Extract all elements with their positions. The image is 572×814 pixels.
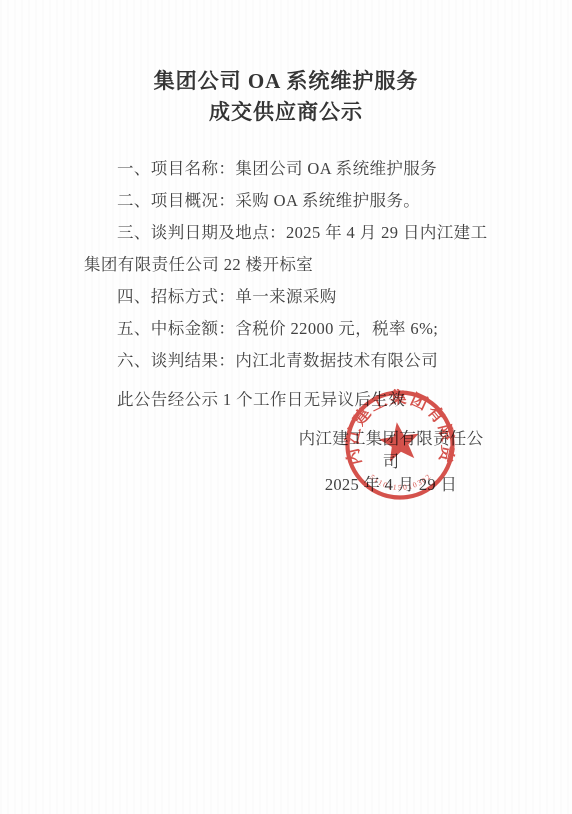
item-label: 一、项目名称： <box>117 159 235 178</box>
closing-paragraph: 此公告经公示 1 个工作日无异议后生效 <box>84 384 494 416</box>
item-value: 集团公司 OA 系统维护服务 <box>235 159 437 178</box>
signature-company: 内江建工集团有限责任公司 <box>292 427 490 473</box>
signature-date: 2025 年 4 月 29 日 <box>292 473 490 496</box>
item-value: 采购 OA 系统维护服务。 <box>235 191 420 210</box>
page-title-line2: 成交供应商公示 <box>40 97 532 128</box>
announcement-item-4: 四、招标方式：单一来源采购 <box>84 281 494 313</box>
document-page: 集团公司 OA 系统维护服务 成交供应商公示 一、项目名称：集团公司 OA 系统… <box>0 0 572 814</box>
item-value: 内江北青数据技术有限公司 <box>235 351 438 370</box>
item-label: 五、中标金额： <box>117 319 235 338</box>
item-label: 六、谈判结果： <box>117 351 235 370</box>
item-label: 二、项目概况： <box>117 191 235 210</box>
signature-block: 内江建工集团有限责任公司 2025 年 4 月 29 日 <box>292 427 490 496</box>
announcement-item-2: 二、项目概况：采购 OA 系统维护服务。 <box>84 185 494 217</box>
item-value: 含税价 22000 元，税率 6%; <box>235 319 438 338</box>
announcement-body: 一、项目名称：集团公司 OA 系统维护服务 二、项目概况：采购 OA 系统维护服… <box>84 153 494 416</box>
item-label: 四、招标方式： <box>117 287 235 306</box>
page-title-line1: 集团公司 OA 系统维护服务 <box>40 66 532 97</box>
page-title: 集团公司 OA 系统维护服务 成交供应商公示 <box>40 66 532 128</box>
announcement-item-6: 六、谈判结果：内江北青数据技术有限公司 <box>84 345 494 377</box>
item-label: 三、谈判日期及地点： <box>117 223 286 242</box>
announcement-item-3: 三、谈判日期及地点：2025 年 4 月 29 日内江建工集团有限责任公司 22… <box>84 217 494 281</box>
item-value: 单一来源采购 <box>235 287 336 306</box>
announcement-item-5: 五、中标金额：含税价 22000 元，税率 6%; <box>84 313 494 345</box>
announcement-item-1: 一、项目名称：集团公司 OA 系统维护服务 <box>84 153 494 185</box>
